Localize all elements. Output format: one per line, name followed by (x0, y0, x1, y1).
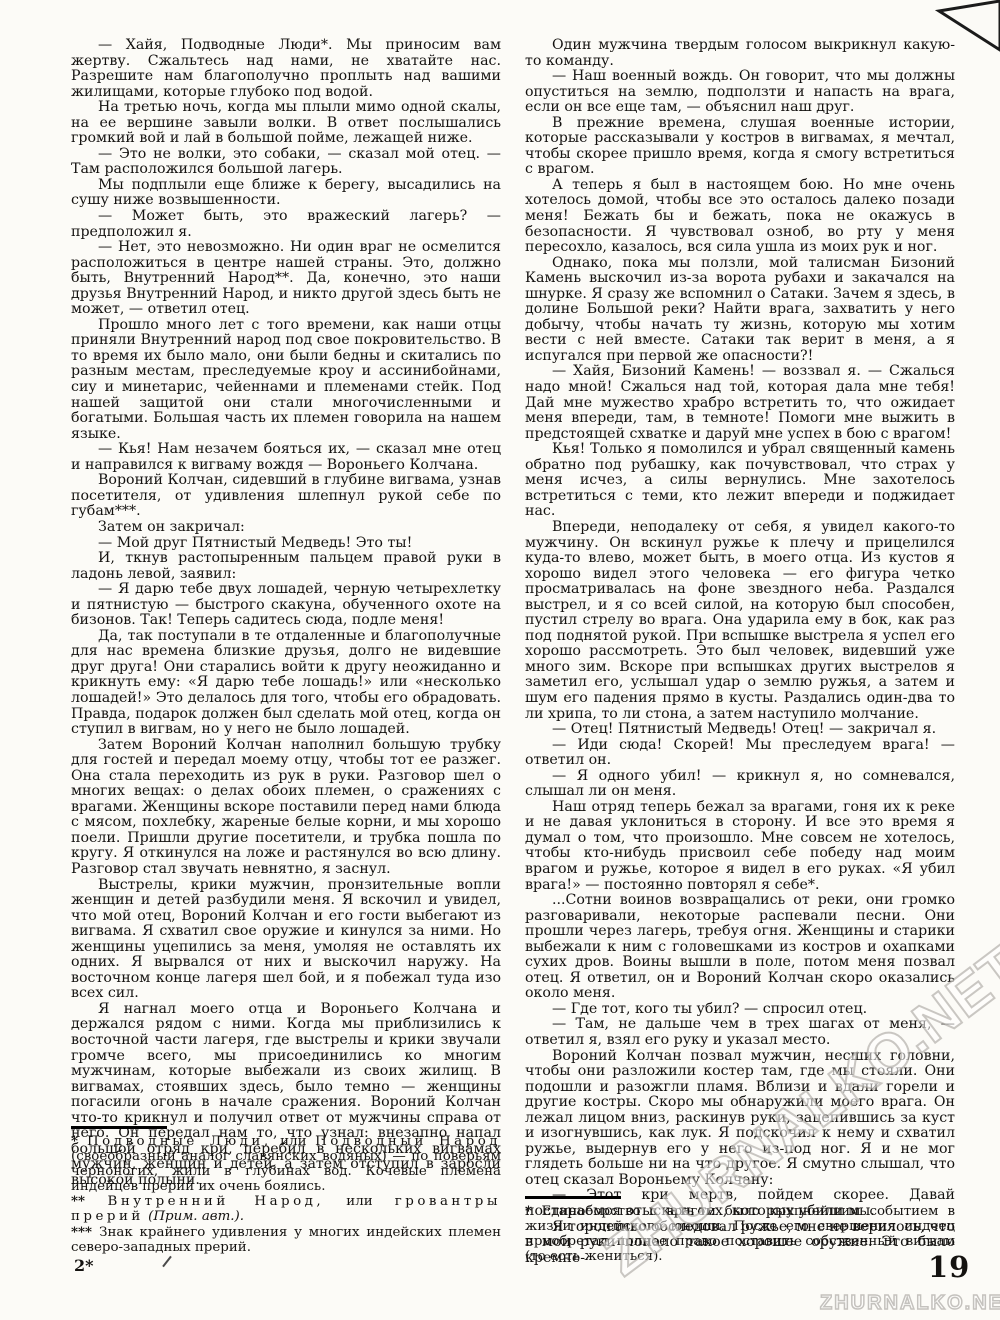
footnote: * Единоборство с врагом было крупнейшим … (525, 1204, 955, 1264)
paragraph: — Хайя, Подводные Люди*. Мы приносим вам… (71, 38, 501, 100)
page-number: 19 (928, 1250, 970, 1284)
paragraph: — Где тот, кого ты убил? — спросил отец. (525, 1002, 955, 1018)
footnote: ** Внутренний Народ, или гровантры прери… (71, 1194, 501, 1224)
right-footnotes: * Единоборство с врагом было крупнейшим … (525, 1196, 955, 1264)
footnote-text: Единоборство с врагом было крупнейшим со… (525, 1204, 955, 1264)
footnote-divider (71, 1126, 167, 1129)
paragraph: Однако, пока мы ползли, мой талисман Биз… (525, 256, 955, 365)
paragraph: — Отец! Пятнистый Медведь! Отец! — закри… (525, 722, 955, 738)
paragraph: — Кья! Нам незачем бояться их, — сказал … (71, 442, 501, 473)
paragraph: Мы подплыли еще ближе к берегу, высадили… (71, 178, 501, 209)
paragraph: А теперь я был в настоящем бою. Но мне о… (525, 178, 955, 256)
paragraph: Прошло много лет с того времени, как наш… (71, 318, 501, 442)
right-column: Один мужчина твердым голосом выкрикнул к… (525, 38, 955, 1282)
paragraph: — Там, не дальше чем в трех шагах от мен… (525, 1017, 955, 1048)
paragraph: — Мой друг Пятнистый Медведь! Это ты! (71, 536, 501, 552)
paragraph: Наш отряд теперь бежал за врагами, гоня … (525, 800, 955, 893)
left-column: — Хайя, Подводные Люди*. Мы приносим вам… (71, 38, 501, 1282)
footnote-text: (своеобразный аналог славянских водяных)… (71, 1149, 501, 1194)
footnote-divider (525, 1196, 621, 1199)
paragraph: — Хайя, Бизоний Камень! — воззвал я. — С… (525, 364, 955, 442)
paragraph: На третью ночь, когда мы плыли мимо одно… (71, 100, 501, 147)
paragraph: — Это не волки, это собаки, — сказал мой… (71, 147, 501, 178)
footnote-text: Подводный Народ (315, 1134, 501, 1149)
paragraph: Выстрелы, крики мужчин, пронзительные во… (71, 878, 501, 1002)
footnote-marker: ** (71, 1193, 108, 1209)
paragraph: Один мужчина твердым голосом выкрикнул к… (525, 38, 955, 69)
paragraph: Вороний Колчан, сидевший в глубине вигва… (71, 473, 501, 520)
footnote: * Подводные Люди, или Подводный Народ (с… (71, 1134, 501, 1194)
paragraph: Да, так поступали в те отдаленные и благ… (71, 629, 501, 738)
left-column-text: — Хайя, Подводные Люди*. Мы приносим вам… (71, 38, 501, 1188)
footnote-text: Внутренний Народ, (108, 1194, 325, 1209)
paragraph: Вороний Колчан позвал мужчин, несших гол… (525, 1049, 955, 1189)
paragraph: — Нет, это невозможно. Ни один враг не о… (71, 240, 501, 318)
scanned-book-page: — Хайя, Подводные Люди*. Мы приносим вам… (0, 0, 1000, 1320)
paragraph: Кья! Только я помолился и убрал священны… (525, 442, 955, 520)
paragraph: Затем Вороний Колчан наполнил большую тр… (71, 738, 501, 878)
text-columns: — Хайя, Подводные Люди*. Мы приносим вам… (71, 38, 955, 1282)
paragraph: Затем он закричал: (71, 520, 501, 536)
watermark-bottom: ZHURNALKO.NET (820, 1292, 1000, 1315)
paragraph: — Я дарю тебе двух лошадей, черную четыр… (71, 582, 501, 629)
paragraph: ...Сотни воинов возвращались от реки, он… (525, 893, 955, 1002)
footnote-text: Знак крайнего удивления у многих индейск… (71, 1225, 501, 1255)
left-footnotes: * Подводные Люди, или Подводный Народ (с… (71, 1126, 501, 1255)
paragraph: — Может быть, это вражеский лагерь? — пр… (71, 209, 501, 240)
signature-mark: 2* (74, 1256, 94, 1275)
footnote-marker: * (525, 1203, 541, 1219)
paragraph: В прежние времена, слушая военные истори… (525, 116, 955, 178)
footnote-marker: *** (71, 1224, 99, 1240)
footnote-text: Подводные Люди, (87, 1134, 272, 1149)
paragraph: — Иди сюда! Скорей! Мы преследуем врага!… (525, 738, 955, 769)
footnote: *** Знак крайнего удивления у многих инд… (71, 1225, 501, 1255)
footnote-marker: * (71, 1133, 87, 1149)
footnote-text: или (324, 1194, 395, 1209)
paragraph: — Наш военный вождь. Он говорит, что мы … (525, 69, 955, 116)
footnote-text: (Прим. авт.). (148, 1209, 244, 1224)
footnote-text: или (272, 1134, 315, 1149)
right-column-text: Один мужчина твердым голосом выкрикнул к… (525, 38, 955, 1266)
paragraph: — Я одного убил! — крикнул я, но сомнева… (525, 769, 955, 800)
paragraph: И, ткнув растопыренным пальцем правой ру… (71, 551, 501, 582)
paragraph: Впереди, неподалеку от себя, я увидел ка… (525, 520, 955, 722)
